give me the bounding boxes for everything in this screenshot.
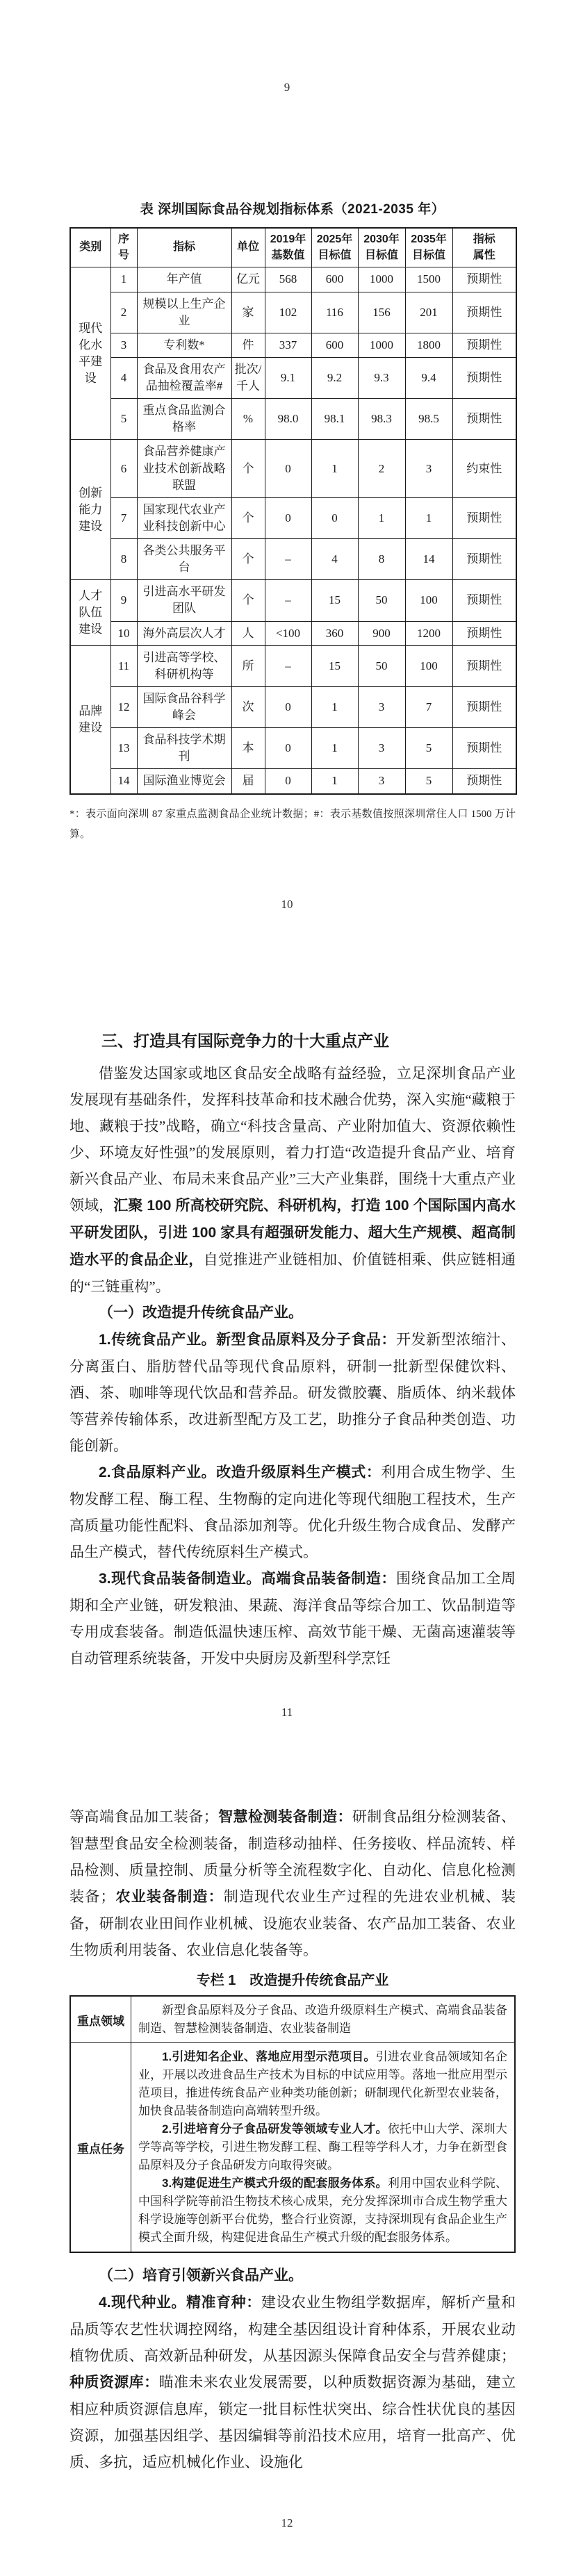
- row-number-cell: 4: [110, 357, 137, 398]
- column-header: 2019年基数值: [265, 228, 311, 267]
- value-2025-cell: 0: [311, 497, 358, 538]
- indicator-name-cell: 食品及食用农产品抽检覆盖率#: [137, 357, 231, 398]
- bold-text-run: 3.构建促进生产模式升级的配套服务体系。: [162, 2177, 388, 2190]
- value-2019-cell: 0: [265, 728, 311, 769]
- text-run: 新型食品原料及分子食品、改造升级原料生产模式、高端食品装备制造、智慧检测装备制造…: [138, 2004, 507, 2035]
- value-2025-cell: 360: [311, 621, 358, 645]
- value-2019-cell: –: [265, 645, 311, 686]
- value-2025-cell: 9.2: [311, 357, 358, 398]
- column-header: 序号: [110, 228, 137, 267]
- text-run: 开发新型浓缩汁、分离蛋白、脂肪替代品等现代食品原料，研制一批新型保健饮料、酒、茶…: [69, 1331, 516, 1454]
- unit-cell: 所: [231, 645, 265, 686]
- value-2019-cell: –: [265, 539, 311, 580]
- attribute-cell: 预期性: [452, 645, 516, 686]
- indicator-name-cell: 年产值: [137, 267, 231, 292]
- indicator-row: 3专利数*件33760010001800预期性: [70, 333, 516, 357]
- value-2030-cell: 98.3: [358, 399, 405, 440]
- indicator-row: 品牌建设11引进高等学校、科研机构等所–1550100预期性: [70, 645, 516, 686]
- unit-cell: 批次/千人: [231, 357, 265, 398]
- value-2035-cell: 100: [405, 645, 452, 686]
- section-heading: 三、打造具有国际竞争力的十大重点产业: [69, 1028, 516, 1053]
- row-number-cell: 7: [110, 497, 137, 538]
- value-2035-cell: 100: [405, 580, 452, 621]
- value-2030-cell: 156: [358, 292, 405, 333]
- value-2030-cell: 3: [358, 769, 405, 794]
- column-header: 2035年目标值: [405, 228, 452, 267]
- unit-cell: 件: [231, 333, 265, 357]
- value-2035-cell: 5: [405, 728, 452, 769]
- value-2030-cell: 50: [358, 580, 405, 621]
- attribute-cell: 预期性: [452, 686, 516, 727]
- indicator-name-cell: 规模以上生产企业: [137, 292, 231, 333]
- indicator-name-cell: 食品科技学术期刊: [137, 728, 231, 769]
- row-number-cell: 11: [110, 645, 137, 686]
- attribute-cell: 预期性: [452, 357, 516, 398]
- attribute-cell: 预期性: [452, 539, 516, 580]
- value-2030-cell: 8: [358, 539, 405, 580]
- box-paragraph: 2.引进培育分子食品研发等领域专业人才。依托中山大学、深圳大学等高等学校，引进生…: [138, 2120, 507, 2174]
- row-number-cell: 14: [110, 769, 137, 794]
- unit-cell: 个: [231, 440, 265, 497]
- value-2030-cell: 1: [358, 497, 405, 538]
- indicator-table: 类别序号指标单位2019年基数值2025年目标值2030年目标值2035年目标值…: [69, 227, 517, 795]
- value-2030-cell: 2: [358, 440, 405, 497]
- bold-text-run: 4.现代种业。精准育种：: [99, 2295, 261, 2311]
- subsection-heading: （二）培育引领新兴食品产业。: [69, 2263, 516, 2289]
- row-number-cell: 5: [110, 399, 137, 440]
- value-2025-cell: 98.1: [311, 399, 358, 440]
- bold-text-run: 农业装备制造：: [115, 1889, 223, 1905]
- value-2025-cell: 600: [311, 333, 358, 357]
- indicator-row: 创新能力建设6食品营养健康产业技术创新战略联盟个0123约束性: [70, 440, 516, 497]
- indicator-name-cell: 海外高层次人才: [137, 621, 231, 645]
- indicator-row: 现代化水平建设1年产值亿元56860010001500预期性: [70, 267, 516, 292]
- value-2019-cell: 9.1: [265, 357, 311, 398]
- paragraph: 借鉴发达国家或地区食品安全战略有益经验，立足深圳食品产业发展现有基础条件，发挥科…: [69, 1060, 516, 1300]
- indicator-table-body: 现代化水平建设1年产值亿元56860010001500预期性2规模以上生产企业家…: [70, 267, 516, 794]
- column-header: 指标属性: [452, 228, 516, 267]
- attribute-cell: 预期性: [452, 497, 516, 538]
- bold-text-run: （一）改造提升传统食品产业。: [99, 1305, 303, 1321]
- value-2035-cell: 1: [405, 497, 452, 538]
- attribute-cell: 约束性: [452, 440, 516, 497]
- value-2035-cell: 1800: [405, 333, 452, 357]
- indicator-row: 人才队伍建设9引进高水平研发团队个–1550100预期性: [70, 580, 516, 621]
- indicator-name-cell: 食品营养健康产业技术创新战略联盟: [137, 440, 231, 497]
- page12-content: 等高端食品加工装备；智慧检测装备制造：研制食品组分检测装备、智慧型食品安全检测装…: [69, 1803, 516, 2475]
- attribute-cell: 预期性: [452, 580, 516, 621]
- p12-bottom-paragraphs: （二）培育引领新兴食品产业。4.现代种业。精准育种：建设农业生物组学数据库，解析…: [69, 2263, 516, 2475]
- indicator-row: 7国家现代农业产业科技创新中心个0011预期性: [70, 497, 516, 538]
- value-2019-cell: 0: [265, 686, 311, 727]
- indicator-name-cell: 各类公共服务平台: [137, 539, 231, 580]
- paragraph: 2.食品原料产业。改造升级原料生产模式：利用合成生物学、生物发酵工程、酶工程、生…: [69, 1459, 516, 1565]
- p12-top-paragraphs: 等高端食品加工装备；智慧检测装备制造：研制食品组分检测装备、智慧型食品安全检测装…: [69, 1803, 516, 1963]
- value-2019-cell: 98.0: [265, 399, 311, 440]
- value-2030-cell: 50: [358, 645, 405, 686]
- attribute-cell: 预期性: [452, 267, 516, 292]
- box-areas-content: 新型食品原料及分子食品、改造升级原料生产模式、高端食品装备制造、智慧检测装备制造…: [131, 1996, 516, 2043]
- value-2030-cell: 1000: [358, 333, 405, 357]
- value-2030-cell: 1000: [358, 267, 405, 292]
- box-areas-header: 重点领域: [70, 1996, 131, 2043]
- value-2035-cell: 3: [405, 440, 452, 497]
- value-2019-cell: <100: [265, 621, 311, 645]
- value-2025-cell: 1: [311, 728, 358, 769]
- page-number-10: 10: [0, 898, 574, 911]
- row-number-cell: 10: [110, 621, 137, 645]
- value-2035-cell: 1200: [405, 621, 452, 645]
- indicator-name-cell: 国家现代农业产业科技创新中心: [137, 497, 231, 538]
- value-2019-cell: –: [265, 580, 311, 621]
- category-cell: 现代化水平建设: [70, 267, 110, 440]
- value-2035-cell: 7: [405, 686, 452, 727]
- bold-text-run: 3.现代食品装备制造业。高端食品装备制造：: [99, 1571, 396, 1587]
- indicator-row: 10海外高层次人才人<1003609001200预期性: [70, 621, 516, 645]
- indicator-row: 14国际渔业博览会届0135预期性: [70, 769, 516, 794]
- value-2025-cell: 116: [311, 292, 358, 333]
- indicator-name-cell: 专利数*: [137, 333, 231, 357]
- attribute-cell: 预期性: [452, 399, 516, 440]
- bold-text-run: 2.引进培育分子食品研发等领域专业人才。: [162, 2122, 388, 2136]
- value-2025-cell: 600: [311, 267, 358, 292]
- unit-cell: %: [231, 399, 265, 440]
- value-2019-cell: 337: [265, 333, 311, 357]
- page9-content: 表 深圳国际食品谷规划指标体系（2021-2035 年） 类别序号指标单位201…: [69, 199, 516, 845]
- value-2030-cell: 9.3: [358, 357, 405, 398]
- indicator-row: 5重点食品监测合格率%98.098.198.398.5预期性: [70, 399, 516, 440]
- indicator-row: 12国际食品谷科学峰会次0137预期性: [70, 686, 516, 727]
- unit-cell: 个: [231, 497, 265, 538]
- row-number-cell: 12: [110, 686, 137, 727]
- row-number-cell: 9: [110, 580, 137, 621]
- document-canvas: { "page_numbers": ["9", "10", "11", "12"…: [0, 0, 574, 2576]
- column-header: 单位: [231, 228, 265, 267]
- attribute-cell: 预期性: [452, 292, 516, 333]
- text-run: 等高端食品加工装备；: [69, 1808, 218, 1825]
- page-number-12: 12: [0, 2516, 574, 2530]
- attribute-cell: 预期性: [452, 621, 516, 645]
- paragraph: 4.现代种业。精准育种：建设农业生物组学数据库，解析产量和品质等农艺性状调控网络…: [69, 2289, 516, 2475]
- box-paragraph: 新型食品原料及分子食品、改造升级原料生产模式、高端食品装备制造、智慧检测装备制造…: [138, 2001, 507, 2038]
- paragraph-continued: 等高端食品加工装备；智慧检测装备制造：研制食品组分检测装备、智慧型食品安全检测装…: [69, 1803, 516, 1963]
- unit-cell: 家: [231, 292, 265, 333]
- page-number-11: 11: [0, 1706, 574, 1719]
- page-number-9: 9: [0, 81, 574, 94]
- bold-text-run: 2.食品原料产业。改造升级原料生产模式：: [99, 1464, 381, 1480]
- value-2025-cell: 1: [311, 440, 358, 497]
- subsection-heading: （一）改造提升传统食品产业。: [69, 1300, 516, 1326]
- row-number-cell: 13: [110, 728, 137, 769]
- page10-content: 三、打造具有国际竞争力的十大重点产业借鉴发达国家或地区食品安全战略有益经验，立足…: [69, 1028, 516, 1671]
- value-2035-cell: 14: [405, 539, 452, 580]
- value-2035-cell: 1500: [405, 267, 452, 292]
- row-number-cell: 8: [110, 539, 137, 580]
- indicator-name-cell: 引进高等学校、科研机构等: [137, 645, 231, 686]
- unit-cell: 人: [231, 621, 265, 645]
- indicator-row: 2规模以上生产企业家102116156201预期性: [70, 292, 516, 333]
- value-2030-cell: 3: [358, 728, 405, 769]
- bold-text-run: 智慧检测装备制造：: [218, 1809, 352, 1825]
- row-number-cell: 6: [110, 440, 137, 497]
- feature-box-1: 专栏 1 改造提升传统食品产业 重点领域 新型食品原料及分子食品、改造升级原料生…: [69, 1972, 516, 2253]
- value-2025-cell: 1: [311, 769, 358, 794]
- value-2025-cell: 15: [311, 580, 358, 621]
- row-number-cell: 2: [110, 292, 137, 333]
- value-2030-cell: 900: [358, 621, 405, 645]
- value-2035-cell: 201: [405, 292, 452, 333]
- attribute-cell: 预期性: [452, 728, 516, 769]
- category-cell: 品牌建设: [70, 645, 110, 793]
- table-title: 表 深圳国际食品谷规划指标体系（2021-2035 年）: [69, 199, 516, 217]
- table-footnote: *：表示面向深圳 87 家重点监测食品企业统计数据；#：表示基数值按照深圳常住人…: [69, 804, 516, 845]
- attribute-cell: 预期性: [452, 769, 516, 794]
- indicator-name-cell: 引进高水平研发团队: [137, 580, 231, 621]
- feature-box-table: 重点领域 新型食品原料及分子食品、改造升级原料生产模式、高端食品装备制造、智慧检…: [69, 1995, 516, 2253]
- unit-cell: 个: [231, 539, 265, 580]
- indicator-row: 13食品科技学术期刊本0135预期性: [70, 728, 516, 769]
- bold-text-run: 1.传统食品产业。新型食品原料及分子食品：: [99, 1332, 396, 1348]
- box-tasks-header: 重点任务: [70, 2043, 131, 2253]
- indicator-name-cell: 国际食品谷科学峰会: [137, 686, 231, 727]
- category-cell: 创新能力建设: [70, 440, 110, 580]
- indicator-name-cell: 重点食品监测合格率: [137, 399, 231, 440]
- indicator-row: 8各类公共服务平台个–4814预期性: [70, 539, 516, 580]
- bold-text-run: 种质资源库：: [69, 2375, 158, 2391]
- value-2025-cell: 4: [311, 539, 358, 580]
- row-number-cell: 3: [110, 333, 137, 357]
- value-2035-cell: 5: [405, 769, 452, 794]
- bold-text-run: 1.引进知名企业、落地应用型示范项目。: [162, 2050, 376, 2063]
- value-2025-cell: 15: [311, 645, 358, 686]
- unit-cell: 个: [231, 580, 265, 621]
- text-run: 借鉴发达国家或地区食品安全战略有益经验，立足深圳食品产业发展现有基础条件，发挥科…: [69, 1065, 516, 1214]
- column-header: 类别: [70, 228, 110, 267]
- column-header: 指标: [137, 228, 231, 267]
- box-paragraph: 3.构建促进生产模式升级的配套服务体系。利用中国农业科学院、中国科学院等前沿生物…: [138, 2174, 507, 2247]
- paragraph: 1.传统食品产业。新型食品原料及分子食品：开发新型浓缩汁、分离蛋白、脂肪替代品等…: [69, 1326, 516, 1459]
- box-paragraph: 1.引进知名企业、落地应用型示范项目。引进农业食品领域知名企业，开展以改进食品生…: [138, 2048, 507, 2120]
- indicator-table-header-row: 类别序号指标单位2019年基数值2025年目标值2030年目标值2035年目标值…: [70, 228, 516, 267]
- value-2019-cell: 0: [265, 440, 311, 497]
- unit-cell: 亿元: [231, 267, 265, 292]
- indicator-name-cell: 国际渔业博览会: [137, 769, 231, 794]
- value-2025-cell: 1: [311, 686, 358, 727]
- value-2030-cell: 3: [358, 686, 405, 727]
- attribute-cell: 预期性: [452, 333, 516, 357]
- column-header: 2025年目标值: [311, 228, 358, 267]
- unit-cell: 次: [231, 686, 265, 727]
- column-header: 2030年目标值: [358, 228, 405, 267]
- value-2019-cell: 568: [265, 267, 311, 292]
- value-2019-cell: 102: [265, 292, 311, 333]
- unit-cell: 本: [231, 728, 265, 769]
- value-2035-cell: 9.4: [405, 357, 452, 398]
- bold-text-run: 三、打造具有国际竞争力的十大重点产业: [101, 1032, 389, 1050]
- feature-box-title: 专栏 1 改造提升传统食品产业: [69, 1972, 516, 1990]
- category-cell: 人才队伍建设: [70, 580, 110, 645]
- bold-text-run: （二）培育引领新兴食品产业。: [99, 2268, 303, 2284]
- paragraph: 3.现代食品装备制造业。高端食品装备制造：围绕食品加工全周期和全产业链，研发粮油…: [69, 1565, 516, 1671]
- box-row-areas: 重点领域 新型食品原料及分子食品、改造升级原料生产模式、高端食品装备制造、智慧检…: [70, 1996, 515, 2043]
- row-number-cell: 1: [110, 267, 137, 292]
- box-row-tasks: 重点任务 1.引进知名企业、落地应用型示范项目。引进农业食品领域知名企业，开展以…: [70, 2043, 515, 2253]
- box-tasks-content: 1.引进知名企业、落地应用型示范项目。引进农业食品领域知名企业，开展以改进食品生…: [131, 2043, 516, 2253]
- indicator-row: 4食品及食用农产品抽检覆盖率#批次/千人9.19.29.39.4预期性: [70, 357, 516, 398]
- value-2019-cell: 0: [265, 769, 311, 794]
- unit-cell: 届: [231, 769, 265, 794]
- value-2019-cell: 0: [265, 497, 311, 538]
- value-2035-cell: 98.5: [405, 399, 452, 440]
